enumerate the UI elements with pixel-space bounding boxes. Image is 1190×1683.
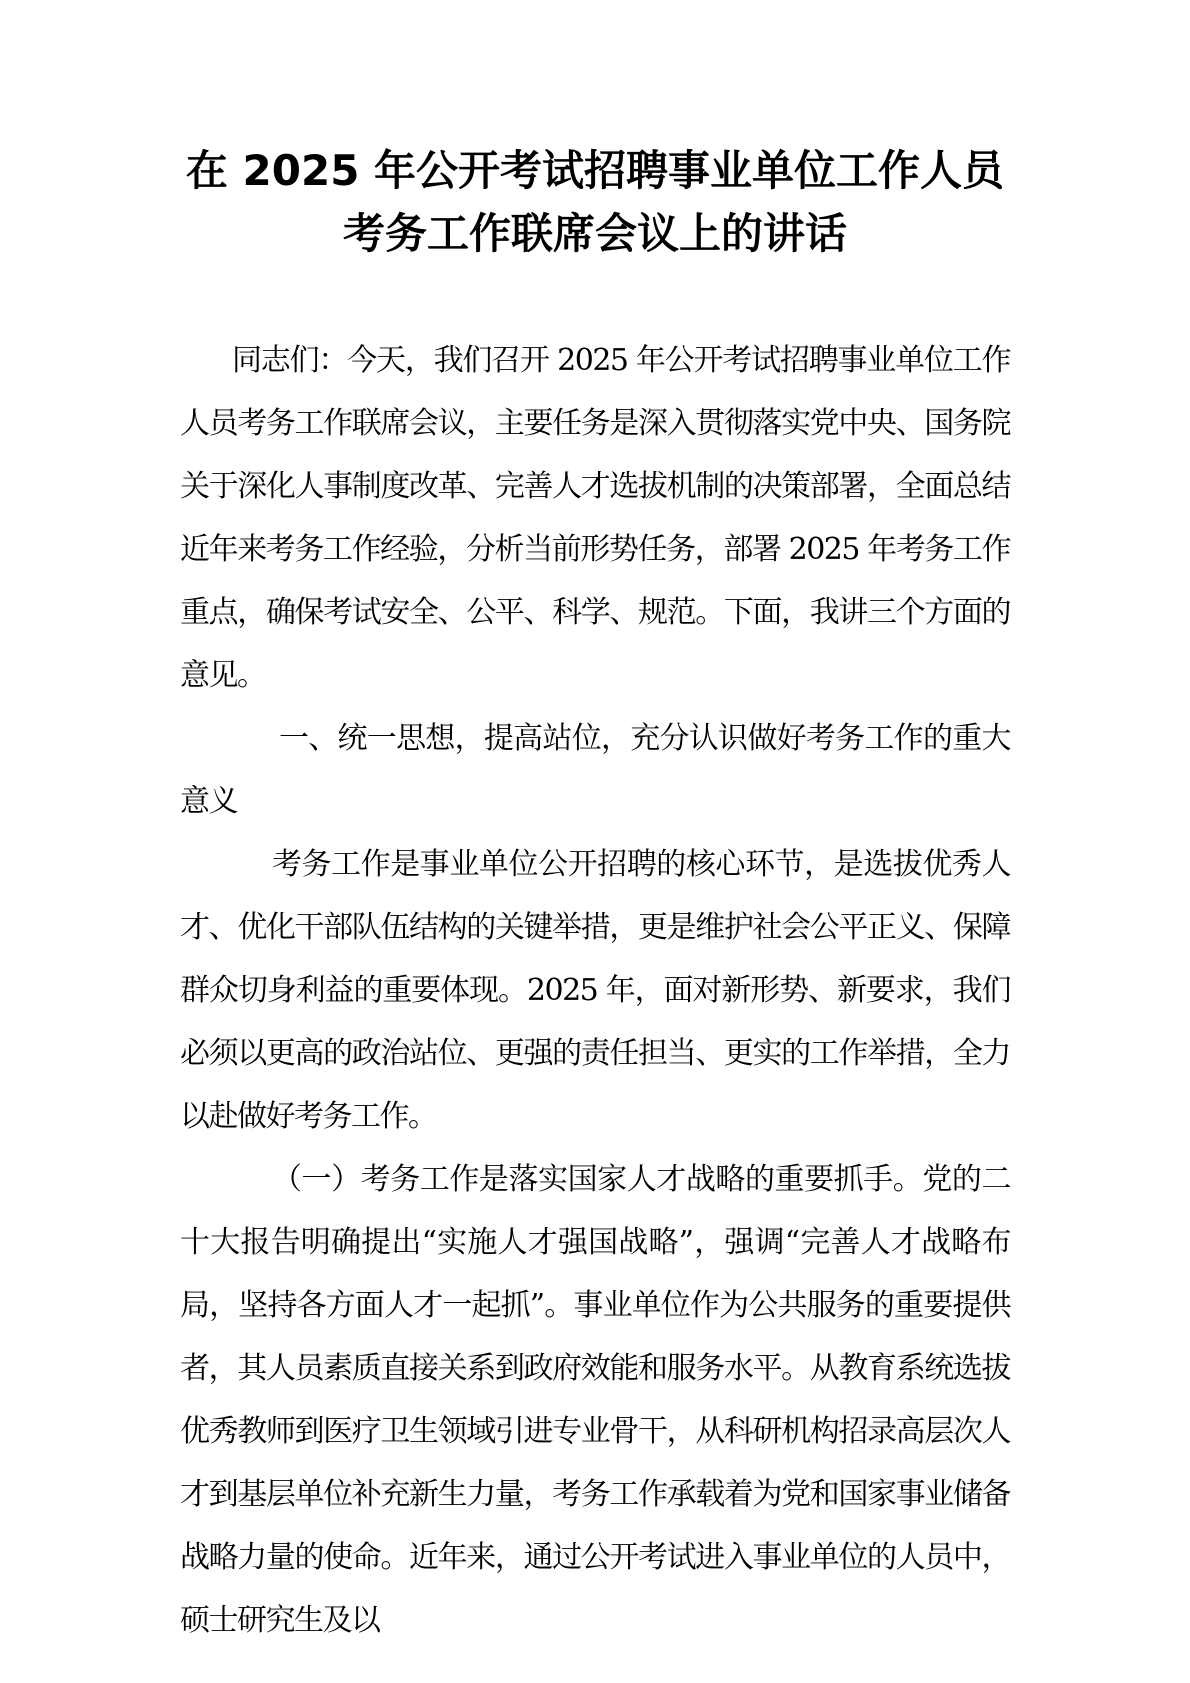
opening-paragraph: 同志们：今天，我们召开 2025 年公开考试招聘事业单位工作人员考务工作联席会议…	[180, 329, 1010, 707]
document-title-line-1: 在 2025 年公开考试招聘事业单位工作人员	[180, 139, 1010, 202]
section-heading-1: 一、统一思想，提高站位，充分认识做好考务工作的重大意义	[180, 707, 1010, 833]
body-paragraph-1: 考务工作是事业单位公开招聘的核心环节，是选拔优秀人才、优化干部队伍结构的关键举措…	[180, 833, 1010, 1148]
document-title: 在 2025 年公开考试招聘事业单位工作人员 考务工作联席会议上的讲话	[180, 139, 1010, 265]
document-title-line-2: 考务工作联席会议上的讲话	[180, 202, 1010, 265]
document-page: 在 2025 年公开考试招聘事业单位工作人员 考务工作联席会议上的讲话 同志们：…	[0, 0, 1190, 1683]
body-paragraph-2: （一）考务工作是落实国家人才战略的重要抓手。党的二十大报告明确提出“实施人才强国…	[180, 1148, 1010, 1652]
document-body: 同志们：今天，我们召开 2025 年公开考试招聘事业单位工作人员考务工作联席会议…	[180, 329, 1010, 1652]
